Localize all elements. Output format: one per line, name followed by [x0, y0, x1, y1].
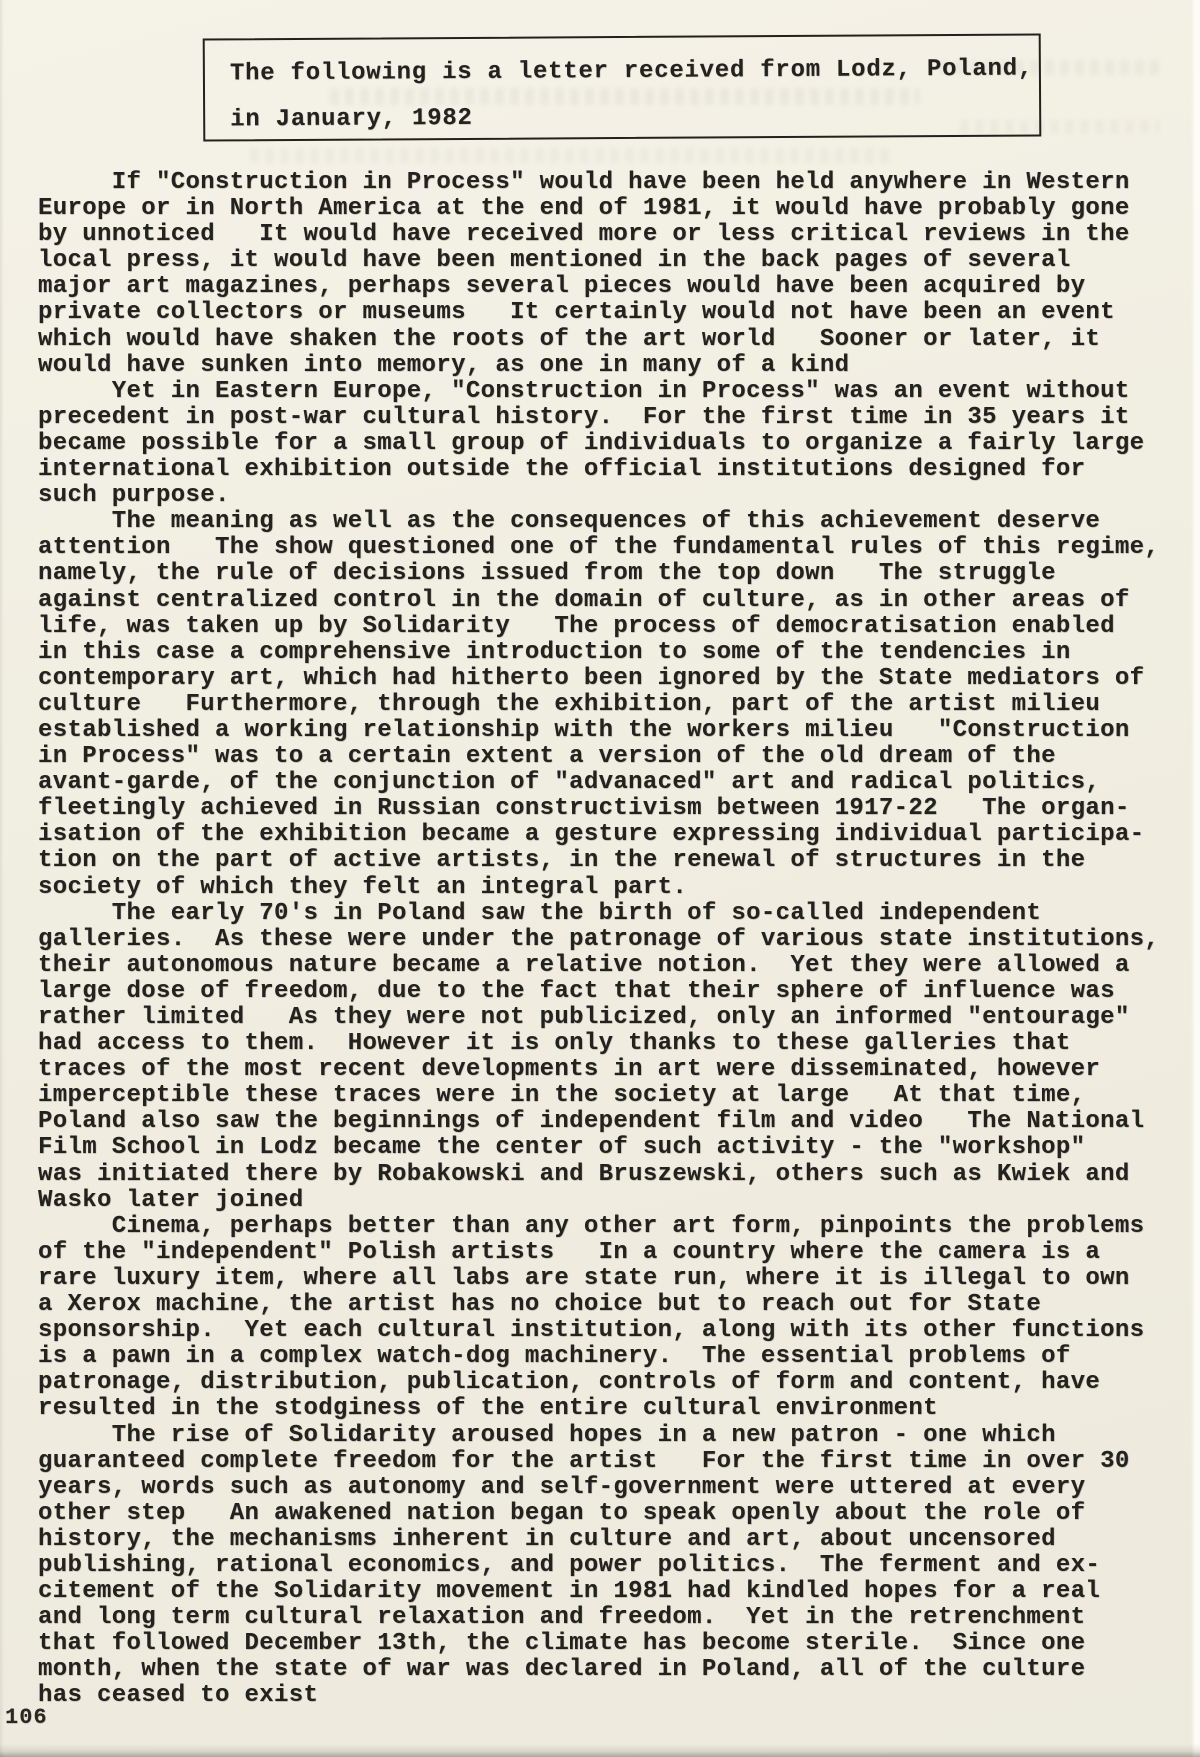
letter-line: would have sunken into memory, as one in… — [38, 353, 1198, 379]
letter-line: namely, the rule of decisions issued fro… — [38, 561, 1198, 587]
letter-line: local press, it would have been mentione… — [38, 248, 1198, 274]
letter-line: If "Construction in Process" would have … — [38, 170, 1198, 196]
scan-edge-left — [0, 0, 4, 1757]
letter-line: Yet in Eastern Europe, "Construction in … — [38, 379, 1198, 405]
letter-line: resulted in the stodginess of the entire… — [38, 1396, 1198, 1422]
letter-line: became possible for a small group of ind… — [38, 431, 1198, 457]
letter-line: galleries. As these were under the patro… — [38, 927, 1198, 953]
letter-line: Wasko later joined — [38, 1188, 1198, 1214]
letter-line: Cinema, perhaps better than any other ar… — [38, 1214, 1198, 1240]
letter-line: traces of the most recent developments i… — [38, 1057, 1198, 1083]
letter-line: rare luxury item, where all labs are sta… — [38, 1266, 1198, 1292]
letter-line: sponsorship. Yet each cultural instituti… — [38, 1318, 1198, 1344]
letter-line: history, the mechanisms inherent in cult… — [38, 1527, 1198, 1553]
letter-line: international exhibition outside the off… — [38, 457, 1198, 483]
letter-line: by unnoticed It would have received more… — [38, 222, 1198, 248]
letter-line: publishing, rational economics, and powe… — [38, 1553, 1198, 1579]
letter-line: in Process" was to a certain extent a ve… — [38, 744, 1198, 770]
letter-line: years, words such as autonomy and self-g… — [38, 1475, 1198, 1501]
letter-line: had access to them. However it is only t… — [38, 1031, 1198, 1057]
letter-line: culture Furthermore, through the exhibit… — [38, 692, 1198, 718]
letter-line: contemporary art, which had hitherto bee… — [38, 666, 1198, 692]
letter-line: their autonomous nature became a relativ… — [38, 953, 1198, 979]
letter-line: of the "independent" Polish artists In a… — [38, 1240, 1198, 1266]
letter-line: life, was taken up by Solidarity The pro… — [38, 614, 1198, 640]
letter-line: society of which they felt an integral p… — [38, 875, 1198, 901]
letter-line: patronage, distribution, publication, co… — [38, 1370, 1198, 1396]
letter-line: avant-garde, of the conjunction of "adva… — [38, 770, 1198, 796]
letter-line: The meaning as well as the consequences … — [38, 509, 1198, 535]
letter-line: The early 70's in Poland saw the birth o… — [38, 901, 1198, 927]
letter-line: Film School in Lodz became the center of… — [38, 1135, 1198, 1161]
letter-line: has ceased to exist — [38, 1683, 1198, 1709]
header-box: The following is a letter received from … — [203, 33, 1042, 141]
letter-line: attention The show questioned one of the… — [38, 535, 1198, 561]
letter-line: The rise of Solidarity aroused hopes in … — [38, 1423, 1198, 1449]
header-line-1: The following is a letter received from … — [230, 46, 1039, 97]
letter-line: against centralized control in the domai… — [38, 588, 1198, 614]
letter-line: Europe or in North America at the end of… — [38, 196, 1198, 222]
scanned-letter-page: The following is a letter received from … — [0, 0, 1200, 1757]
letter-line: guaranteed complete freedom for the arti… — [38, 1449, 1198, 1475]
letter-line: imperceptible these traces were in the s… — [38, 1083, 1198, 1109]
letter-line: in this case a comprehensive introductio… — [38, 640, 1198, 666]
letter-line: tion on the part of active artists, in t… — [38, 848, 1198, 874]
letter-line: established a working relationship with … — [38, 718, 1198, 744]
letter-line: which would have shaken the roots of the… — [38, 327, 1198, 353]
bleedthrough-artifact — [250, 148, 890, 163]
letter-line: citement of the Solidarity movement in 1… — [38, 1579, 1198, 1605]
letter-line: was initiated there by Robakowski and Br… — [38, 1162, 1198, 1188]
letter-line: a Xerox machine, the artist has no choic… — [38, 1292, 1198, 1318]
letter-line: large dose of freedom, due to the fact t… — [38, 979, 1198, 1005]
letter-line: precedent in post-war cultural history. … — [38, 405, 1198, 431]
letter-line: month, when the state of war was declare… — [38, 1657, 1198, 1683]
page-number: 106 — [5, 1705, 48, 1730]
letter-line: that followed December 13th, the climate… — [38, 1631, 1198, 1657]
letter-line: is a pawn in a complex watch-dog machine… — [38, 1344, 1198, 1370]
letter-line: Poland also saw the beginnings of indepe… — [38, 1109, 1198, 1135]
letter-line: and long term cultural relaxation and fr… — [38, 1605, 1198, 1631]
letter-line: fleetingly achieved in Russian construct… — [38, 796, 1198, 822]
scan-edge-bottom — [0, 1744, 1200, 1757]
header-line-2: in January, 1982 — [230, 92, 1039, 143]
letter-line: other step An awakened nation began to s… — [38, 1501, 1198, 1527]
letter-line: isation of the exhibition became a gestu… — [38, 822, 1198, 848]
letter-body: If "Construction in Process" would have … — [38, 170, 1198, 1710]
letter-line: rather limited As they were not publiciz… — [38, 1005, 1198, 1031]
letter-line: major art magazines, perhaps several pie… — [38, 274, 1198, 300]
letter-line: private collectors or museums It certain… — [38, 300, 1198, 326]
letter-line: such purpose. — [38, 483, 1198, 509]
